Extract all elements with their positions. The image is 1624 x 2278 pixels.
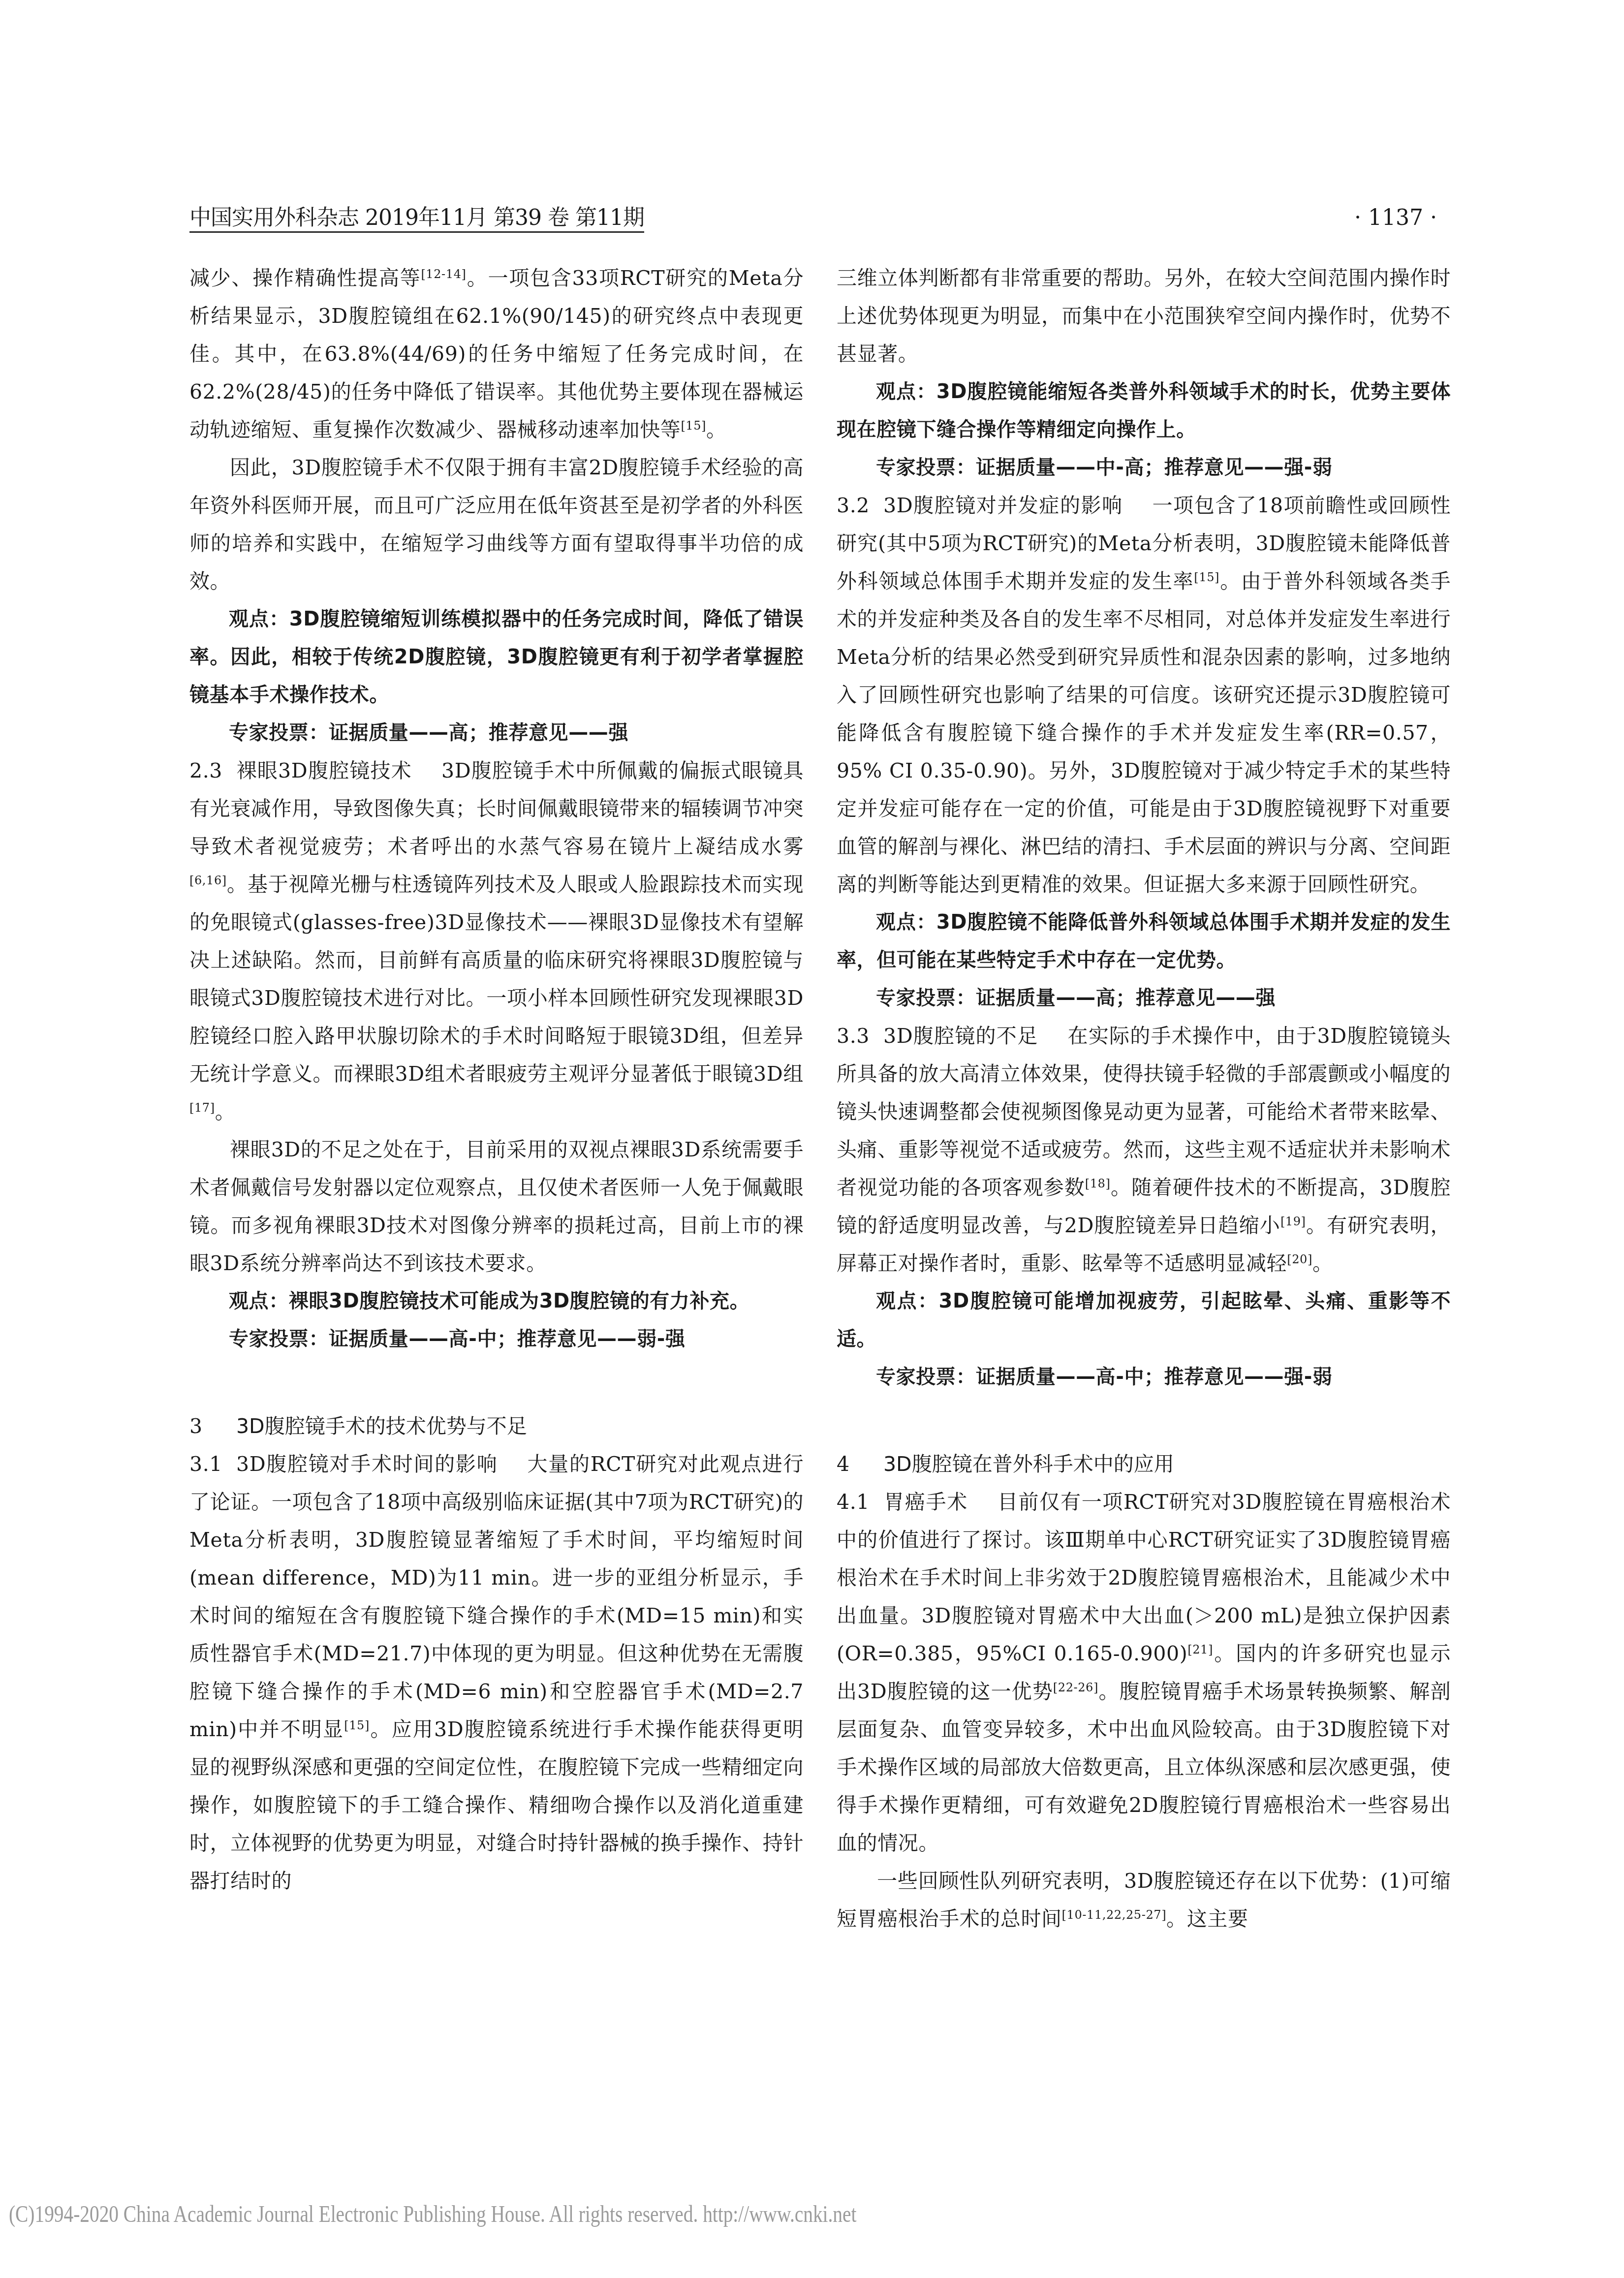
- citation: [18]: [1085, 1177, 1111, 1190]
- citation: [12-14]: [421, 267, 466, 281]
- running-header-journal: 中国实用外科杂志 2019年11月 第39 卷 第11期: [189, 206, 644, 233]
- paragraph: 一些回顾性队列研究表明，3D腹腔镜还存在以下优势：(1)可缩短胃癌根治手术的总时…: [837, 1862, 1451, 1938]
- subsection-2-3: 2.3裸眼3D腹腔镜技术3D腹腔镜手术中所佩戴的偏振式眼镜具有光衰减作用，导致图…: [189, 752, 804, 1131]
- subsection-number: 3.3: [837, 1017, 883, 1055]
- subsection-number: 2.3: [189, 752, 236, 790]
- section-heading-4: 43D腹腔镜在普外科手术中的应用: [837, 1445, 1451, 1483]
- citation: [15]: [1194, 570, 1219, 584]
- subsection-3-2: 3.23D腹腔镜对并发症的影响一项包含了18项前瞻性或回顾性研究(其中5项为RC…: [837, 487, 1451, 904]
- paragraph: 减少、操作精确性提高等[12-14]。一项包含33项RCT研究的Meta分析结果…: [189, 259, 804, 449]
- opinion-statement: 观点：3D腹腔镜不能降低普外科领域总体围手术期并发症的发生率，但可能在某些特定手…: [837, 904, 1451, 979]
- section-heading-3: 33D腹腔镜手术的技术优势与不足: [189, 1407, 804, 1445]
- citation: [17]: [189, 1101, 215, 1115]
- opinion-statement: 观点：3D腹腔镜缩短训练模拟器中的任务完成时间，降低了错误率。因此，相较于传统2…: [189, 600, 804, 714]
- paragraph: 裸眼3D的不足之处在于，目前采用的双视点裸眼3D系统需要手术者佩戴信号发射器以定…: [189, 1131, 804, 1282]
- opinion-statement: 观点：裸眼3D腹腔镜技术可能成为3D腹腔镜的有力补充。: [189, 1282, 804, 1320]
- expert-vote: 专家投票：证据质量——高；推荐意见——强: [189, 714, 804, 752]
- opinion-statement: 观点：3D腹腔镜可能增加视疲劳，引起眩晕、头痛、重影等不适。: [837, 1282, 1451, 1358]
- copyright-footer: (C)1994-2020 China Academic Journal Elec…: [9, 2201, 856, 2228]
- expert-vote: 专家投票：证据质量——高-中；推荐意见——强-弱: [837, 1358, 1451, 1396]
- expert-vote: 专家投票：证据质量——高；推荐意见——强: [837, 979, 1451, 1017]
- subsection-number: 4.1: [837, 1483, 883, 1521]
- opinion-statement: 观点：3D腹腔镜能缩短各类普外科领域手术的时长，优势主要体现在腔镜下缝合操作等精…: [837, 373, 1451, 449]
- subsection-title: 裸眼3D腹腔镜技术: [236, 759, 412, 782]
- subsection-title: 3D腹腔镜对手术时间的影响: [236, 1452, 498, 1476]
- right-column: 三维立体判断都有非常重要的帮助。另外，在较大空间范围内操作时上述优势体现更为明显…: [837, 259, 1451, 1938]
- citation: [15]: [344, 1718, 370, 1732]
- citation: [6,16]: [189, 874, 227, 887]
- citation: [21]: [1187, 1643, 1213, 1656]
- page-number: · 1137 ·: [1354, 206, 1437, 230]
- citation: [22-26]: [1053, 1681, 1098, 1694]
- subsection-title: 3D腹腔镜对并发症的影响: [883, 494, 1123, 517]
- paragraph: 三维立体判断都有非常重要的帮助。另外，在较大空间范围内操作时上述优势体现更为明显…: [837, 259, 1451, 373]
- left-column: 减少、操作精确性提高等[12-14]。一项包含33项RCT研究的Meta分析结果…: [189, 259, 804, 1900]
- subsection-number: 3.2: [837, 487, 883, 525]
- citation: [19]: [1280, 1215, 1306, 1228]
- subsection-number: 3.1: [189, 1445, 236, 1483]
- subsection-title: 胃癌手术: [883, 1490, 968, 1514]
- subsection-title: 3D腹腔镜的不足: [883, 1024, 1038, 1048]
- citation: [10-11,22,25-27]: [1062, 1908, 1167, 1922]
- citation: [15]: [681, 419, 706, 433]
- paragraph: 因此，3D腹腔镜手术不仅限于拥有丰富2D腹腔镜手术经验的高年资外科医师开展，而且…: [189, 449, 804, 600]
- citation: [20]: [1287, 1252, 1312, 1266]
- expert-vote: 专家投票：证据质量——中-高；推荐意见——强-弱: [837, 449, 1451, 487]
- subsection-3-3: 3.33D腹腔镜的不足在实际的手术操作中，由于3D腹腔镜镜头所具备的放大高清立体…: [837, 1017, 1451, 1282]
- expert-vote: 专家投票：证据质量——高-中；推荐意见——弱-强: [189, 1320, 804, 1358]
- subsection-4-1: 4.1胃癌手术目前仅有一项RCT研究对3D腹腔镜在胃癌根治术中的价值进行了探讨。…: [837, 1483, 1451, 1862]
- subsection-3-1: 3.13D腹腔镜对手术时间的影响大量的RCT研究对此观点进行了论证。一项包含了1…: [189, 1445, 804, 1900]
